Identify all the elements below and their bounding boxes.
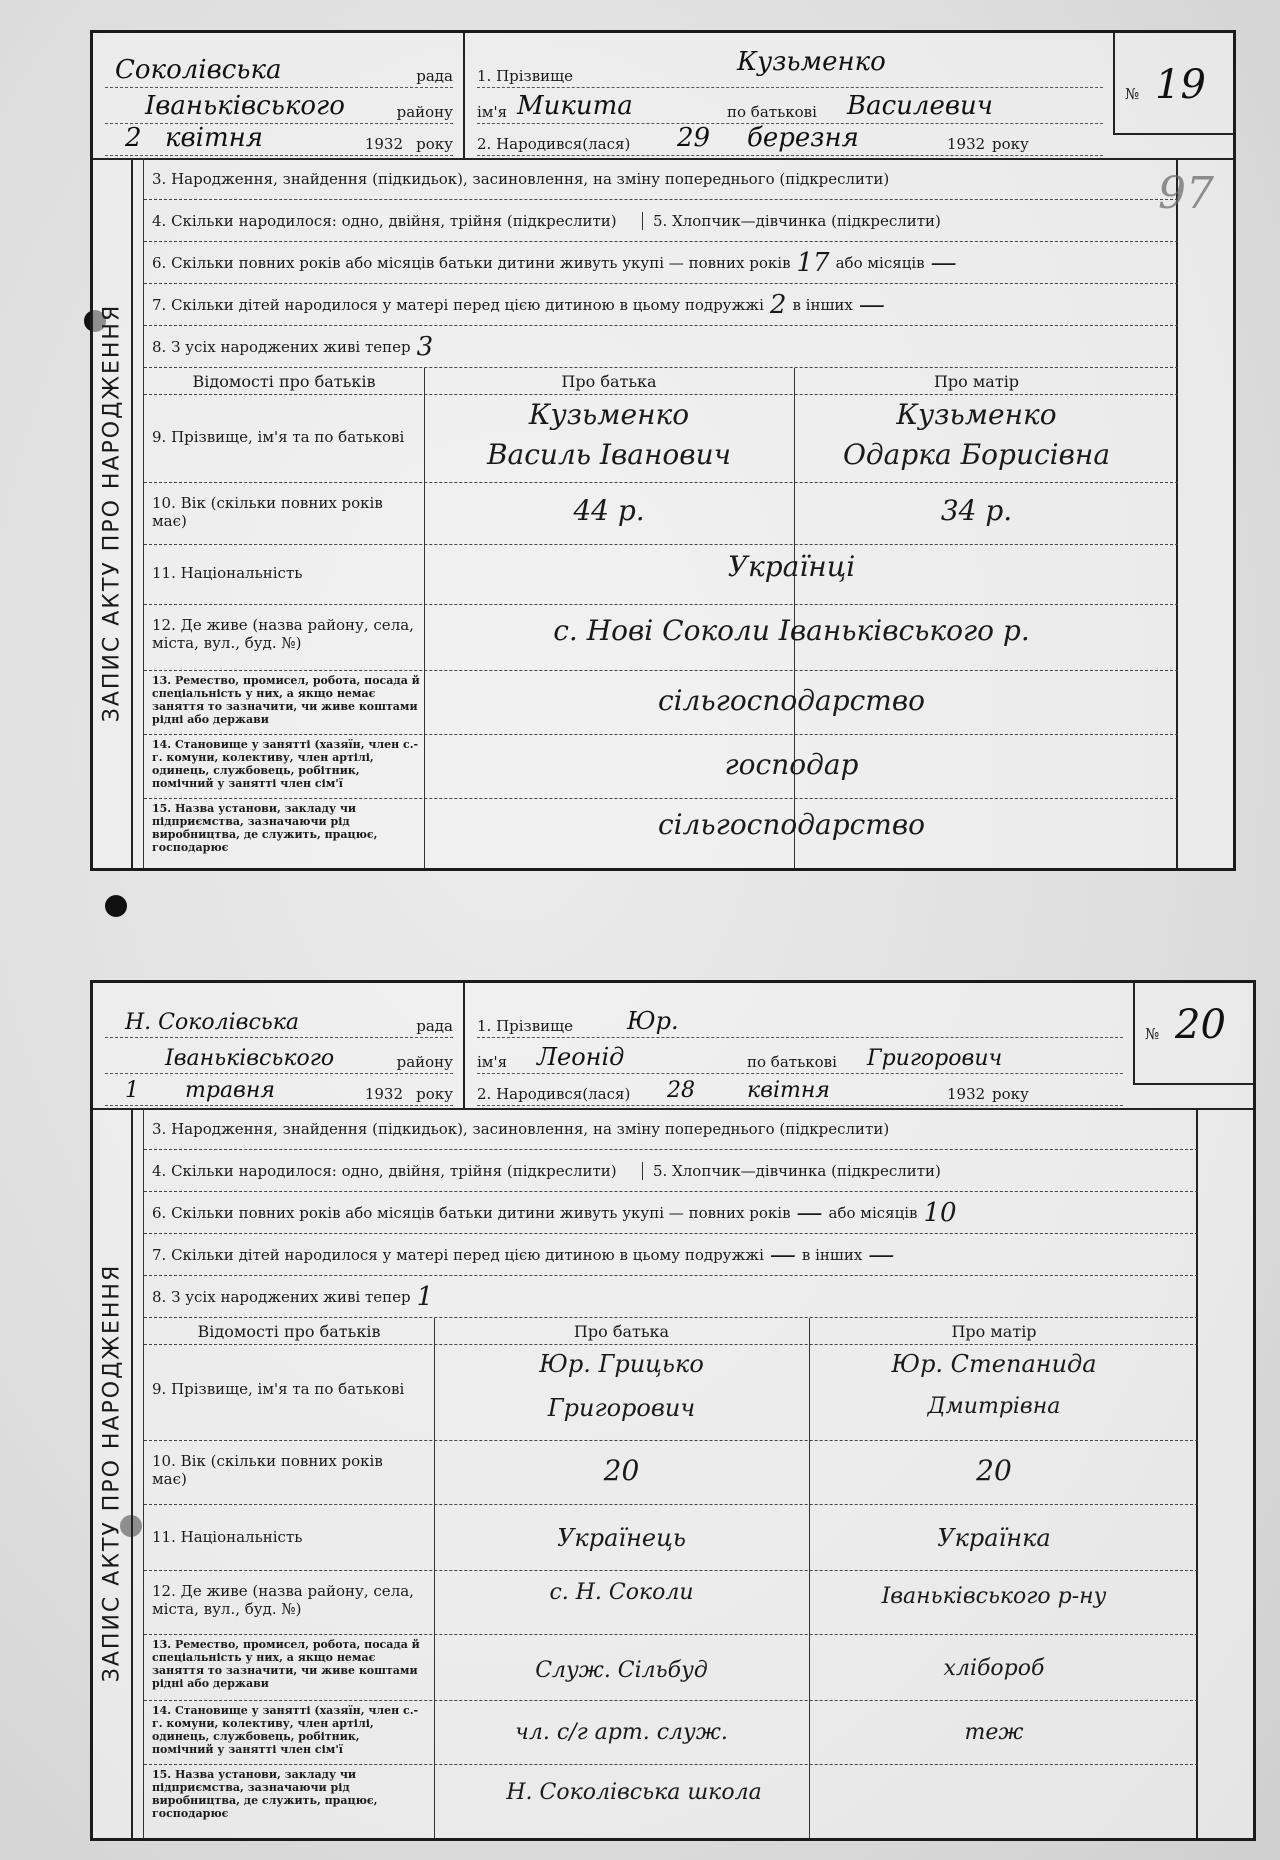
q9-row: 9. Прізвище, ім'я та по батькові Юр. Гри… bbox=[144, 1344, 1198, 1441]
q8-row: 8. З усіх народжених живі тепер 3 bbox=[144, 326, 1178, 368]
q7-other: — bbox=[859, 290, 885, 320]
child-identity-block: 1. Прізвище Юр. ім'я Леонід по батькові … bbox=[465, 983, 1133, 1108]
q4-q5-row: 4. Скільки народилося: одно, двійня, трі… bbox=[144, 200, 1178, 242]
punch-hole bbox=[105, 895, 127, 917]
raion-label: району bbox=[397, 103, 453, 121]
reg-month: квітня bbox=[165, 123, 263, 153]
reg-day: 2 bbox=[125, 123, 142, 153]
q9-row: 9. Прізвище, ім'я та по батькові Кузьмен… bbox=[144, 394, 1178, 483]
birth-year: 1932 bbox=[947, 135, 985, 153]
right-margin-column bbox=[1196, 1108, 1253, 1838]
birth-day: 29 bbox=[677, 123, 710, 153]
q6-row: 6. Скільки повних років або місяців бать… bbox=[144, 242, 1178, 284]
registry-office-block: Соколівська рада Іваньківського району 2… bbox=[93, 33, 465, 158]
born-label: 2. Народився(лася) bbox=[477, 135, 630, 153]
q8-alive: 3 bbox=[417, 332, 434, 362]
patronymic-label: по батькові bbox=[727, 103, 817, 121]
record-body: 3. Народження, знайдення (підкидьок), за… bbox=[143, 1108, 1198, 1838]
record-number-box: № 20 bbox=[1133, 983, 1253, 1085]
q6-row: 6. Скільки повних років або місяців бать… bbox=[144, 1192, 1198, 1234]
q14-row: 14. Становище у занятті (хазяїн, член с.… bbox=[144, 734, 1178, 799]
record-body: 3. Народження, знайдення (підкидьок), за… bbox=[143, 158, 1178, 868]
q10-row: 10. Вік (скільки повних років має) 20 20 bbox=[144, 1440, 1198, 1505]
q15-row: 15. Назва установи, закладу чи підприємс… bbox=[144, 798, 1178, 856]
record-header: Н. Соколівська рада Іваньківського район… bbox=[93, 983, 1253, 1110]
q13-row: 13. Ремество, промисел, робота, посада й… bbox=[144, 1634, 1198, 1701]
q12-row: 12. Де живе (назва району, села, міста, … bbox=[144, 1570, 1198, 1635]
name-label: ім'я bbox=[477, 103, 507, 121]
q3-row: 3. Народження, знайдення (підкидьок), за… bbox=[144, 1108, 1198, 1150]
name-value: Микита bbox=[517, 91, 633, 121]
parents-table: Відомості про батьків Про батька Про мат… bbox=[144, 1318, 1198, 1838]
rada-label: рада bbox=[416, 67, 453, 85]
registry-office-block: Н. Соколівська рада Іваньківського район… bbox=[93, 983, 465, 1108]
record-number: 20 bbox=[1175, 1002, 1226, 1048]
vertical-form-title: ЗАПИС АКТУ ПРО НАРОДЖЕННЯ bbox=[93, 158, 133, 868]
q8-row: 8. З усіх народжених живі тепер 1 bbox=[144, 1276, 1198, 1318]
q6-years: 17 bbox=[797, 248, 830, 278]
q14-row: 14. Становище у занятті (хазяїн, член с.… bbox=[144, 1700, 1198, 1765]
q6-months: — bbox=[931, 248, 957, 278]
reg-year: 1932 bbox=[365, 135, 403, 153]
surname-value: Кузьменко bbox=[737, 47, 886, 77]
rada-value: Соколівська bbox=[115, 55, 281, 85]
q7-row: 7. Скільки дітей народилося у матері пер… bbox=[144, 284, 1178, 326]
q4-q5-row: 4. Скільки народилося: одно, двійня, трі… bbox=[144, 1150, 1198, 1192]
scanned-page: Соколівська рада Іваньківського району 2… bbox=[0, 0, 1280, 1860]
birth-record-19: Соколівська рада Іваньківського району 2… bbox=[90, 30, 1236, 871]
q13-row: 13. Ремество, промисел, робота, посада й… bbox=[144, 670, 1178, 735]
record-number: 19 bbox=[1155, 62, 1206, 108]
roku-label: року bbox=[416, 135, 453, 153]
q15-row: 15. Назва установи, закладу чи підприємс… bbox=[144, 1764, 1198, 1824]
q7-this: 2 bbox=[770, 290, 787, 320]
child-identity-block: 1. Прізвище Кузьменко ім'я Микита по бат… bbox=[465, 33, 1113, 158]
q11-row: 11. Національність Українці bbox=[144, 544, 1178, 605]
right-margin-column: 97 bbox=[1176, 158, 1233, 868]
q3-row: 3. Народження, знайдення (підкидьок), за… bbox=[144, 158, 1178, 200]
surname-label: 1. Прізвище bbox=[477, 67, 573, 85]
birth-record-20: Н. Соколівська рада Іваньківського район… bbox=[90, 980, 1256, 1841]
raion-value: Іваньківського bbox=[145, 91, 345, 121]
q12-row: 12. Де живе (назва району, села, міста, … bbox=[144, 604, 1178, 671]
patronymic-value: Василевич bbox=[847, 91, 993, 121]
vertical-form-title: ЗАПИС АКТУ ПРО НАРОДЖЕННЯ bbox=[93, 1108, 133, 1838]
parents-table: Відомості про батьків Про батька Про мат… bbox=[144, 368, 1178, 868]
record-header: Соколівська рада Іваньківського району 2… bbox=[93, 33, 1233, 160]
number-sign: № bbox=[1125, 85, 1139, 103]
birth-month: березня bbox=[747, 123, 859, 153]
record-number-box: № 19 bbox=[1113, 33, 1233, 135]
q7-row: 7. Скільки дітей народилося у матері пер… bbox=[144, 1234, 1198, 1276]
q10-row: 10. Вік (скільки повних років має) 44 р.… bbox=[144, 482, 1178, 545]
roku-label: року bbox=[992, 135, 1029, 153]
q11-row: 11. Національність Українець Українка bbox=[144, 1504, 1198, 1571]
